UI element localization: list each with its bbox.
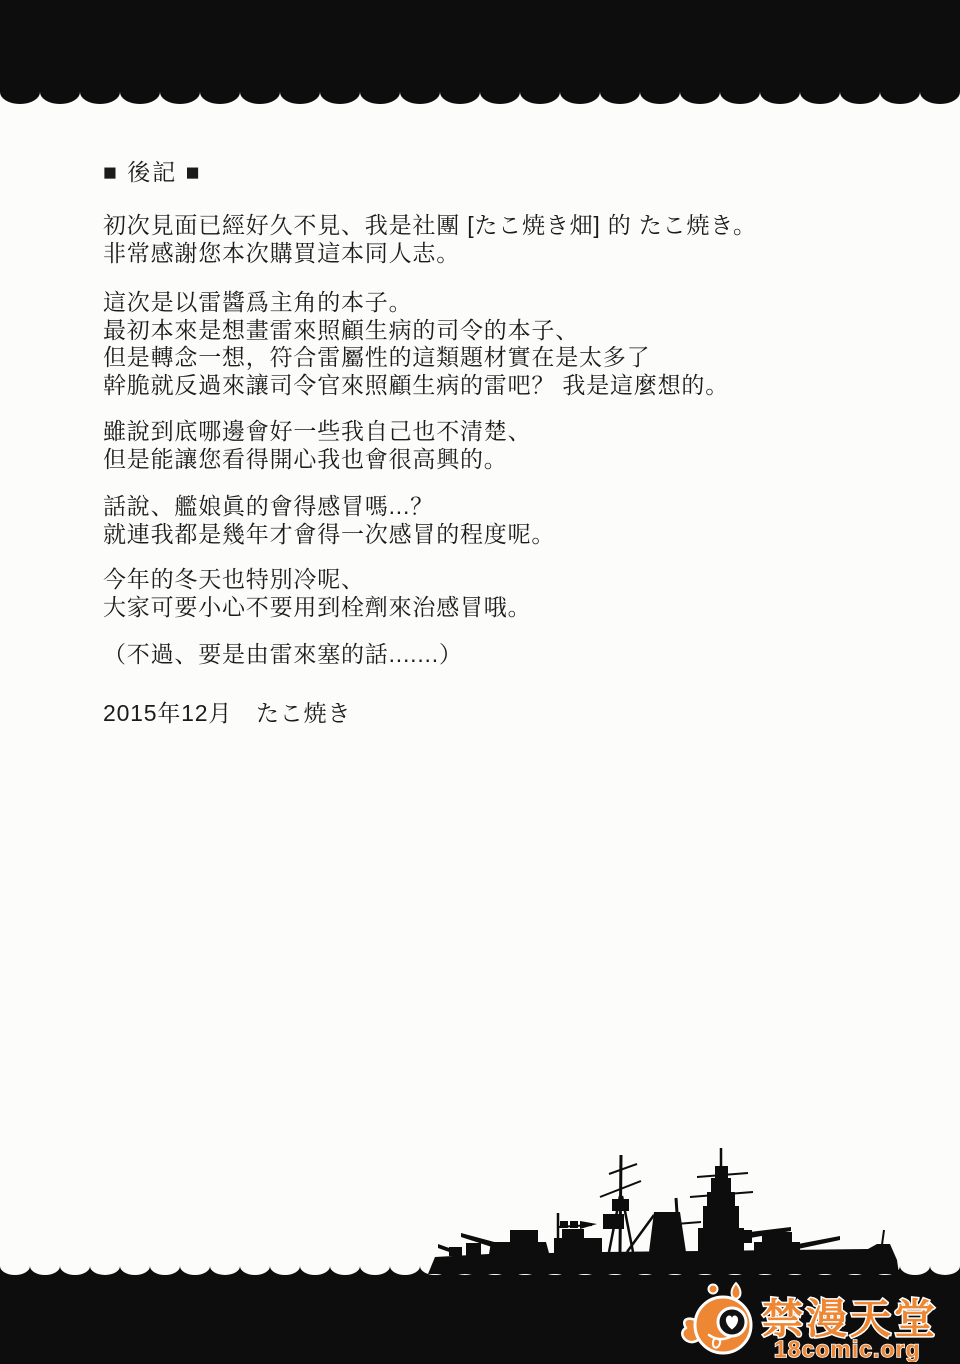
text-line: 這次是以雷醬爲主角的本子。	[103, 289, 729, 317]
site-watermark: 禁漫天堂 18comic.org	[676, 1280, 948, 1362]
signoff-line: 2015年12月 たこ焼き	[103, 700, 351, 728]
text-line: 最初本來是想畫雷來照顧生病的司令的本子、	[103, 317, 729, 345]
text-line: 非常感謝您本次購買這本同人志。	[103, 240, 757, 268]
text-line: 就連我都是幾年才會得一次感冒的程度呢。	[103, 521, 555, 549]
text-line: 今年的冬天也特別冷呢、	[103, 566, 531, 594]
text-line: 幹脆就反過來讓司令官來照顧生病的雷吧？ 我是這麼想的。	[103, 372, 729, 400]
paragraph-winter: 今年的冬天也特別冷呢、 大家可要小心不要用到栓劑來治感冒哦。	[103, 566, 531, 621]
text-line: 話說、艦娘眞的會得感冒嗎...？	[103, 493, 555, 521]
text-line: 雖說到底哪邊會好一些我自己也不清楚、	[103, 418, 531, 446]
afterword-heading: ■ 後記 ■	[103, 159, 202, 187]
scanned-afterword-page: ■ 後記 ■ 初次見面已經好久不見、我是社團 [たこ焼き畑] 的 たこ焼き。 非…	[0, 0, 960, 1364]
text-line: （不過、要是由雷來塞的話.......）	[103, 641, 463, 669]
text-line: 初次見面已經好久不見、我是社團 [たこ焼き畑] 的 たこ焼き。	[103, 212, 757, 240]
text-line: 大家可要小心不要用到栓劑來治感冒哦。	[103, 594, 531, 622]
paragraph-greeting: 初次見面已經好久不見、我是社團 [たこ焼き畑] 的 たこ焼き。 非常感謝您本次購…	[103, 212, 757, 267]
text-line: 但是能讓您看得開心我也會很高興的。	[103, 446, 531, 474]
text-line: 但是轉念一想，符合雷屬性的這類題材實在是太多了	[103, 344, 729, 372]
paragraph-concept: 這次是以雷醬爲主角的本子。 最初本來是想畫雷來照顧生病的司令的本子、 但是轉念一…	[103, 289, 729, 399]
paragraph-parenthetical: （不過、要是由雷來塞的話.......）	[103, 641, 463, 669]
paragraph-cold-question: 話說、艦娘眞的會得感冒嗎...？ 就連我都是幾年才會得一次感冒的程度呢。	[103, 493, 555, 548]
orange-whale-mascot-icon	[682, 1283, 751, 1353]
afterword-text: ■ 後記 ■ 初次見面已經好久不見、我是社團 [たこ焼き畑] 的 たこ焼き。 非…	[0, 0, 960, 1364]
watermark-site-url: 18comic.org	[774, 1336, 921, 1362]
paragraph-hope: 雖說到底哪邊會好一些我自己也不清楚、 但是能讓您看得開心我也會很高興的。	[103, 418, 531, 473]
